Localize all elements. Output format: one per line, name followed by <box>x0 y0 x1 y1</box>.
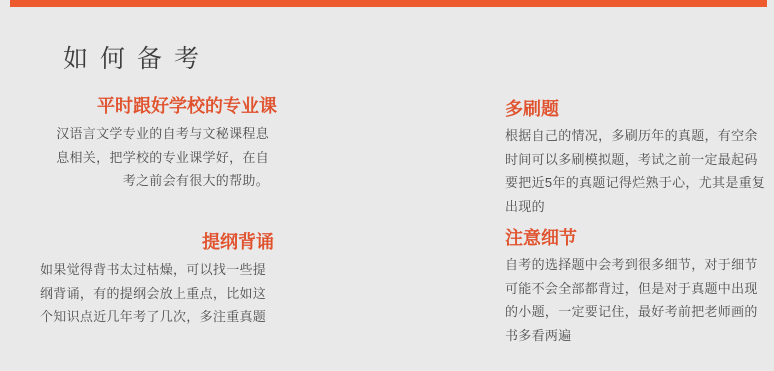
section-practice-more: 多刷题 根据自己的情况，多刷历年的真题，有空余 时间可以多刷模拟题，考试之前一定… <box>505 98 767 218</box>
section-heading-outline-recitation: 提纲背诵 <box>40 231 277 253</box>
top-accent-bar <box>10 0 767 7</box>
section-body-practice-more: 根据自己的情况，多刷历年的真题，有空余 时间可以多刷模拟题，考试之前一定最起码 … <box>505 124 767 218</box>
section-outline-recitation: 提纲背诵 如果觉得背书太过枯燥，可以找一些提 纲背诵，有的提纲会放上重点，比如这… <box>40 231 277 329</box>
section-attention-to-details: 注意细节 自考的选择题中会考到很多细节，对于细节 可能不会全部都背过，但是对于真… <box>505 227 767 347</box>
section-heading-practice-more: 多刷题 <box>505 98 767 120</box>
section-heading-attention-to-details: 注意细节 <box>505 227 767 249</box>
page-title: 如何备考 <box>63 44 211 74</box>
section-body-follow-school-course: 汉语言文学专业的自考与文秘课程息 息相关，把学校的专业课学好，在自 考之前会有很… <box>40 122 277 193</box>
section-body-outline-recitation: 如果觉得背书太过枯燥，可以找一些提 纲背诵，有的提纲会放上重点，比如这 个知识点… <box>40 258 277 329</box>
section-follow-school-course: 平时跟好学校的专业课 汉语言文学专业的自考与文秘课程息 息相关，把学校的专业课学… <box>40 95 277 193</box>
section-body-attention-to-details: 自考的选择题中会考到很多细节，对于细节 可能不会全部都背过，但是对于真题中出现 … <box>505 253 767 347</box>
section-heading-follow-school-course: 平时跟好学校的专业课 <box>40 95 277 117</box>
